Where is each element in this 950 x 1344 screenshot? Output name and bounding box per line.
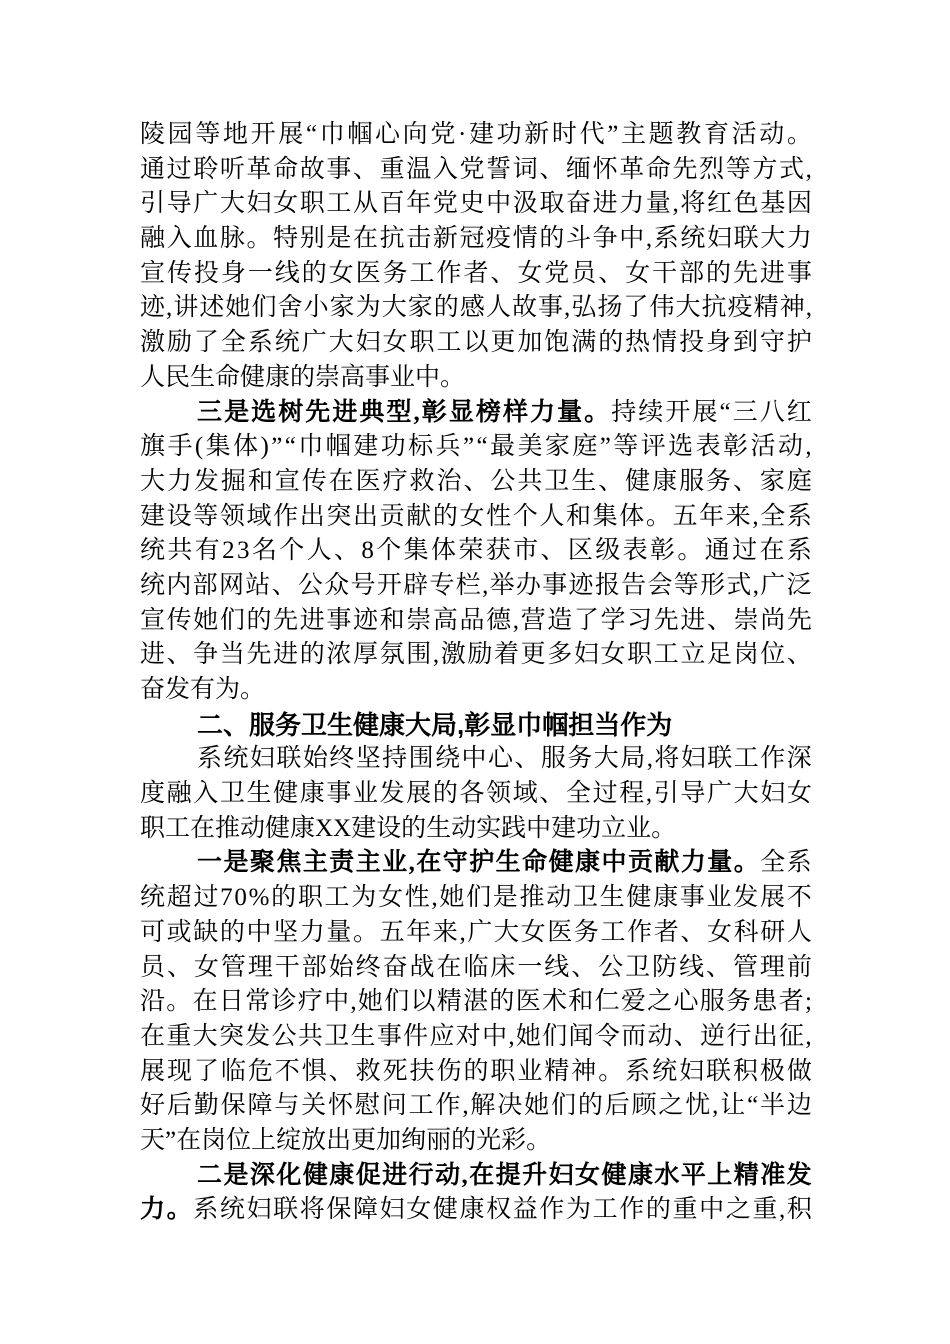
section-heading: 二、服务卫生健康大局,彰显巾帼担当作为 bbox=[140, 708, 812, 743]
text-line: 大力发掘和宣传在医疗救治、公共卫生、健康服务、家庭 bbox=[140, 465, 812, 500]
text-block: 陵园等地开展“巾帼心向党·建功新时代”主题教育活动。通过聆听革命故事、重温入党誓… bbox=[140, 118, 812, 1228]
text-line: 迹,讲述她们舍小家为大家的感人故事,弘扬了伟大抗疫精神, bbox=[140, 291, 812, 326]
text-line: 二是深化健康促进行动,在提升妇女健康水平上精准发 bbox=[140, 1159, 812, 1194]
text-line: 度融入卫生健康事业发展的各领域、全过程,引导广大妇女 bbox=[140, 777, 812, 812]
text-line: 通过聆听革命故事、重温入党誓词、缅怀革命先烈等方式, bbox=[140, 153, 812, 188]
text-line: 三是选树先进典型,彰显榜样力量。持续开展“三八红 bbox=[140, 396, 812, 431]
text-line: 系统妇联始终坚持围绕中心、服务大局,将妇联工作深 bbox=[140, 742, 812, 777]
text-line: 沿。在日常诊疗中,她们以精湛的医术和仁爱之心服务患者; bbox=[140, 985, 812, 1020]
text-line: 融入血脉。特别是在抗击新冠疫情的斗争中,系统妇联大力 bbox=[140, 222, 812, 257]
text-line: 好后勤保障与关怀慰问工作,解决她们的后顾之忧,让“半边 bbox=[140, 1089, 812, 1124]
text-line: 陵园等地开展“巾帼心向党·建功新时代”主题教育活动。 bbox=[140, 118, 812, 153]
text-line: 奋发有为。 bbox=[140, 673, 812, 708]
text-line: 宣传她们的先进事迹和崇高品德,营造了学习先进、崇尚先 bbox=[140, 604, 812, 639]
text-line: 力。系统妇联将保障妇女健康权益作为工作的重中之重,积 bbox=[140, 1193, 812, 1228]
text-line: 旗手(集体)”“巾帼建功标兵”“最美家庭”等评选表彰活动, bbox=[140, 430, 812, 465]
document-page: 陵园等地开展“巾帼心向党·建功新时代”主题教育活动。通过聆听革命故事、重温入党誓… bbox=[0, 0, 950, 1344]
text-line: 激励了全系统广大妇女职工以更加饱满的热情投身到守护 bbox=[140, 326, 812, 361]
text-line: 可或缺的中坚力量。五年来,广大女医务工作者、女科研人 bbox=[140, 916, 812, 951]
text-line: 统共有23名个人、8个集体荣获市、区级表彰。通过在系 bbox=[140, 534, 812, 569]
text-line: 人民生命健康的崇高事业中。 bbox=[140, 361, 812, 396]
text-line: 在重大突发公共卫生事件应对中,她们闻令而动、逆行出征, bbox=[140, 1020, 812, 1055]
text-line: 统内部网站、公众号开辟专栏,举办事迹报告会等形式,广泛 bbox=[140, 569, 812, 604]
text-line: 一是聚焦主责主业,在守护生命健康中贡献力量。全系 bbox=[140, 846, 812, 881]
text-line: 职工在推动健康XX建设的生动实践中建功立业。 bbox=[140, 812, 812, 847]
text-line: 统超过70%的职工为女性,她们是推动卫生健康事业发展不 bbox=[140, 881, 812, 916]
text-line: 引导广大妇女职工从百年党史中汲取奋进力量,将红色基因 bbox=[140, 187, 812, 222]
text-line: 建设等领域作出突出贡献的女性个人和集体。五年来,全系 bbox=[140, 500, 812, 535]
text-line: 宣传投身一线的女医务工作者、女党员、女干部的先进事 bbox=[140, 257, 812, 292]
text-line: 展现了临危不惧、救死扶伤的职业精神。系统妇联积极做 bbox=[140, 1055, 812, 1090]
text-line: 员、女管理干部始终奋战在临床一线、公卫防线、管理前 bbox=[140, 951, 812, 986]
text-line: 进、争当先进的浓厚氛围,激励着更多妇女职工立足岗位、 bbox=[140, 638, 812, 673]
text-line: 天”在岗位上绽放出更加绚丽的光彩。 bbox=[140, 1124, 812, 1159]
